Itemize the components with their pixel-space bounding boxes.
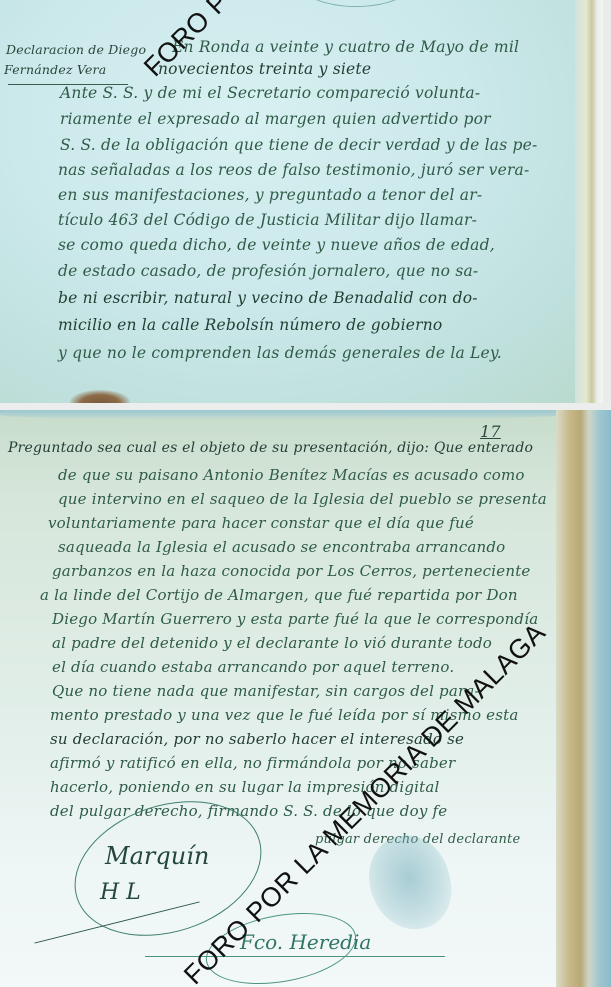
text-line: de estado casado, de profesión jornalero… <box>58 262 478 280</box>
secretary-signature: Fco. Heredia <box>240 930 371 954</box>
text-line: En Ronda a veinte y cuatro de Mayo de mi… <box>172 38 519 56</box>
document-scan-bottom: 17 Preguntado sea cual es el objeto de s… <box>0 410 611 987</box>
thumb-shadow <box>70 390 130 403</box>
text-line: el día cuando estaba arrancando por aque… <box>52 658 454 676</box>
page-edge <box>575 0 603 403</box>
text-line: garbanzos en la haza conocida por Los Ce… <box>52 562 531 580</box>
text-line: Ante S. S. y de mi el Secretario compare… <box>60 84 480 102</box>
text-line: al padre del detenido y el declarante lo… <box>52 634 492 652</box>
margin-note-line-1: Declaracion de Diego <box>6 42 146 57</box>
stamp-outline <box>300 0 412 7</box>
text-line: de que su paisano Antonio Benítez Macías… <box>58 466 525 484</box>
text-line: nas señaladas a los reos de falso testim… <box>58 161 529 179</box>
text-line: Diego Martín Guerrero y esta parte fué l… <box>52 610 538 628</box>
text-line: be ni escribir, natural y vecino de Bena… <box>58 289 478 307</box>
document-scan-top: Declaracion de Diego Fernández Vera En R… <box>0 0 603 403</box>
text-line: riamente el expresado al margen quien ad… <box>60 110 491 128</box>
text-line: Preguntado sea cual es el objeto de su p… <box>8 440 533 456</box>
text-line: voluntariamente para hacer constar que e… <box>48 514 474 532</box>
book-binding <box>556 410 611 987</box>
text-line: se como queda dicho, de veinte y nueve a… <box>58 236 495 254</box>
text-line: a la linde del Cortijo de Almargen, que … <box>40 586 518 604</box>
margin-note-line-2: Fernández Vera <box>4 62 106 77</box>
text-line: que intervino en el saqueo de la Iglesia… <box>58 490 547 508</box>
judge-initials: H L <box>100 880 141 905</box>
text-line: S. S. de la obligación que tiene de deci… <box>60 136 537 154</box>
text-line: saqueada la Iglesia el acusado se encont… <box>58 538 505 556</box>
folio-number: 17 <box>480 422 501 441</box>
text-line: y que no le comprenden las demás general… <box>58 344 502 362</box>
judge-signature: Marquín <box>105 842 209 870</box>
text-line: Que no tiene nada que manifestar, sin ca… <box>52 682 480 700</box>
image-divider <box>0 403 611 410</box>
text-line: micilio en la calle Rebolsín número de g… <box>58 316 442 334</box>
text-line: novecientos treinta y siete <box>158 60 371 78</box>
text-line: del pulgar derecho, firmando S. S. de lo… <box>50 802 447 820</box>
page-curl-shadow <box>0 410 560 420</box>
text-line: tículo 463 del Código de Justicia Milita… <box>58 211 477 229</box>
text-line: en sus manifestaciones, y preguntado a t… <box>58 186 482 204</box>
